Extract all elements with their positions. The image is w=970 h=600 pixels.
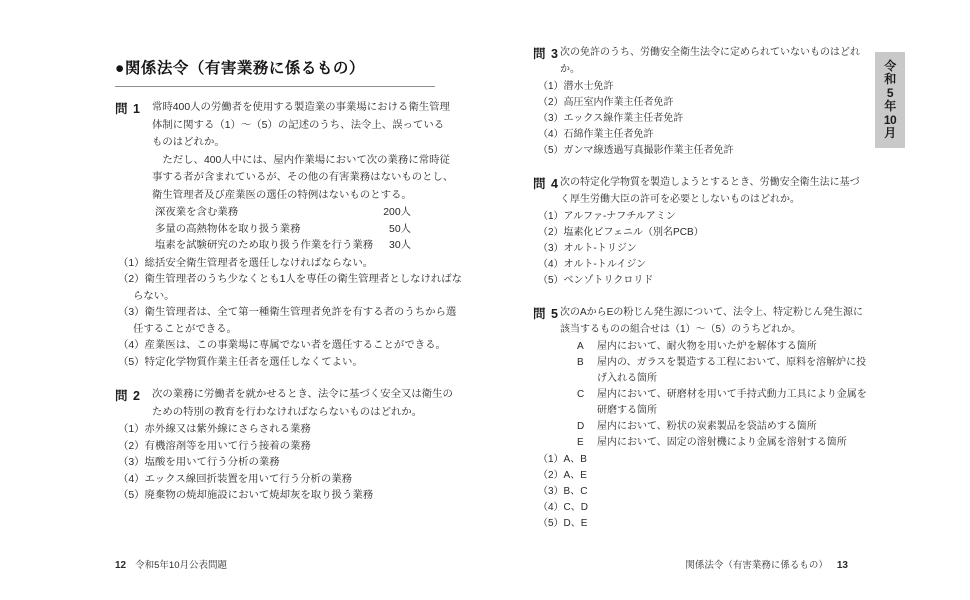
question-block-q1: 問 1常時400人の労働者を使用する製造業の事業場における衛生管理体制に関する（… — [115, 99, 467, 371]
table-row: 深夜業を含む業務200人 — [155, 205, 411, 222]
item-text: 屋内において、研磨材を用いて手持式動力工具により金属を研磨する箇所 — [597, 389, 867, 416]
worker-count: 30人 — [389, 238, 411, 255]
lettered-item-list: A屋内において、耐火物を用いた炉を解体する箇所B屋内の、ガラスを製造する工程にお… — [577, 339, 867, 451]
item-text: 屋内の、ガラスを製造する工程において、原料を溶解炉に投げ入れる箇所 — [597, 357, 866, 384]
question-statement: 常時400人の労働者を使用する製造業の事業場における衛生管理体制に関する（1）～… — [152, 99, 454, 152]
item-letter: D — [577, 419, 584, 435]
item-text: 屋内において、粉状の炭素製品を袋詰めする箇所 — [597, 421, 817, 432]
option-item: （2）衛生管理者のうち少なくとも1人を専任の衛生管理者としなければならない。 — [118, 272, 466, 305]
table-row: 多量の高熱物体を取り扱う業務50人 — [155, 222, 411, 239]
question-block-q4: 問 4次の特定化学物質を製造しようとするとき、労働安全衛生法に基づく厚生労働大臣… — [533, 174, 867, 289]
option-item: （1）A、B — [538, 452, 867, 468]
question-statement: 次のAからEの粉じん発生源について、法令上、特定粉じん発生源に該当するものの組合… — [560, 304, 864, 338]
option-item: （3）B、C — [538, 484, 867, 500]
question-number: 問 3 — [533, 44, 559, 62]
option-list: （1）赤外線又は紫外線にさらされる業務（2）有機溶剤等を用いて行う接着の業務（3… — [118, 422, 467, 505]
option-item: （3）エックス線作業主任者免許 — [538, 111, 867, 127]
option-item: （2）塩素化ビフェニル（別名PCB） — [538, 225, 867, 241]
item-letter: A — [577, 339, 584, 355]
page-number-left: 12 — [115, 560, 126, 571]
item-letter: B — [577, 355, 584, 371]
page-number-right: 13 — [837, 560, 848, 571]
work-description: 深夜業を含む業務 — [155, 205, 238, 222]
option-item: （1）総括安全衛生管理者を選任しなければならない。 — [118, 256, 466, 273]
option-item: （1）アルファ-ナフチルアミン — [538, 209, 867, 225]
question-body: 次の特定化学物質を製造しようとするとき、労働安全衛生法に基づく厚生労働大臣の許可… — [533, 174, 867, 289]
option-list: （1）総括安全衛生管理者を選任しなければならない。（2）衛生管理者のうち少なくと… — [118, 256, 467, 372]
left-page: ●関係法令（有害業務に係るもの） 問 1常時400人の労働者を使用する製造業の事… — [115, 56, 467, 505]
side-tab-char: 令 — [884, 60, 896, 74]
question-number: 問 1 — [115, 99, 141, 117]
lettered-item: C屋内において、研磨材を用いて手持式動力工具により金属を研磨する箇所 — [577, 387, 867, 419]
option-item: （3）塩酸を用いて行う分析の業務 — [118, 455, 466, 472]
side-tab-char: 10 — [884, 114, 896, 128]
item-text: 屋内において、耐火物を用いた炉を解体する箇所 — [597, 341, 817, 352]
side-tab-reiwa5-october: 令和5年10月 — [875, 52, 905, 148]
lettered-item: A屋内において、耐火物を用いた炉を解体する箇所 — [577, 339, 867, 355]
question-block-q2: 問 2次の業務に労働者を就かせるとき、法令に基づく安全又は衛生のための特別の教育… — [115, 386, 467, 505]
question-number: 問 5 — [533, 304, 559, 322]
option-item: （4）オルト-トルイジン — [538, 257, 867, 273]
question-body: 常時400人の労働者を使用する製造業の事業場における衛生管理体制に関する（1）～… — [115, 99, 467, 371]
side-tab-char: 月 — [884, 127, 896, 141]
item-letter: C — [577, 387, 584, 403]
footer-right-label: 関係法令（有害業務に係るもの） — [685, 560, 828, 571]
question-body: 次の免許のうち、労働安全衛生法令に定められていないものはどれか。（1）潜水士免許… — [533, 44, 867, 159]
option-item: （3）衛生管理者は、全て第一種衛生管理者免許を有する者のうちから選任することがで… — [118, 305, 466, 338]
option-list: （1）A、B（2）A、E（3）B、C（4）C、D（5）D、E — [538, 452, 867, 532]
footer-left: 12令和5年10月公表問題 — [115, 557, 227, 571]
option-item: （3）オルト-トリジン — [538, 241, 867, 257]
option-item: （5）D、E — [538, 516, 867, 532]
item-text: 屋内において、固定の溶射機により金属を溶射する箇所 — [597, 437, 847, 448]
option-item: （4）エックス線回折装置を用いて行う分析の業務 — [118, 472, 466, 489]
section-title: ●関係法令（有害業務に係るもの） — [115, 56, 467, 78]
question-body: 次のAからEの粉じん発生源について、法令上、特定粉じん発生源に該当するものの組合… — [533, 304, 867, 532]
item-letter: E — [577, 435, 584, 451]
question-statement: 次の免許のうち、労働安全衛生法令に定められていないものはどれか。 — [560, 44, 864, 78]
right-question-list: 問 3次の免許のうち、労働安全衛生法令に定められていないものはどれか。（1）潜水… — [533, 44, 867, 532]
question-block-q3: 問 3次の免許のうち、労働安全衛生法令に定められていないものはどれか。（1）潜水… — [533, 44, 867, 159]
work-description: 塩素を試験研究のため取り扱う作業を行う業務 — [155, 238, 373, 255]
option-list: （1）アルファ-ナフチルアミン（2）塩素化ビフェニル（別名PCB）（3）オルト-… — [538, 209, 867, 289]
option-item: （1）赤外線又は紫外線にさらされる業務 — [118, 422, 466, 439]
left-question-list: 問 1常時400人の労働者を使用する製造業の事業場における衛生管理体制に関する（… — [115, 99, 467, 505]
option-item: （5）ガンマ線透過写真撮影作業主任者免許 — [538, 143, 867, 159]
option-list: （1）潜水士免許（2）高圧室内作業主任者免許（3）エックス線作業主任者免許（4）… — [538, 79, 867, 159]
option-item: （5）廃棄物の焼却施設において焼却灰を取り扱う業務 — [118, 488, 466, 505]
question-block-q5: 問 5次のAからEの粉じん発生源について、法令上、特定粉じん発生源に該当するもの… — [533, 304, 867, 532]
title-rule — [115, 86, 435, 87]
option-item: （4）産業医は、この事業場に専属でない者を選任することができる。 — [118, 338, 466, 355]
question-statement: ただし、400人中には、屋内作業場において次の業務に常時従事する者が含まれている… — [152, 152, 454, 205]
question-statement: 次の業務に労働者を就かせるとき、法令に基づく安全又は衛生のための特別の教育を行わ… — [152, 386, 454, 421]
option-item: （2）高圧室内作業主任者免許 — [538, 95, 867, 111]
right-page: 問 3次の免許のうち、労働安全衛生法令に定められていないものはどれか。（1）潜水… — [533, 44, 867, 532]
workers-table: 深夜業を含む業務200人多量の高熱物体を取り扱う業務50人塩素を試験研究のため取… — [155, 205, 411, 255]
work-description: 多量の高熱物体を取り扱う業務 — [155, 222, 300, 239]
option-item: （4）石綿作業主任者免許 — [538, 127, 867, 143]
side-tab-char: 和 — [884, 73, 896, 87]
option-item: （5）特定化学物質作業主任者を選任しなくてよい。 — [118, 355, 466, 372]
lettered-item: D屋内において、粉状の炭素製品を袋詰めする箇所 — [577, 419, 867, 435]
lettered-item: B屋内の、ガラスを製造する工程において、原料を溶解炉に投げ入れる箇所 — [577, 355, 867, 387]
footer-right: 関係法令（有害業務に係るもの）13 — [685, 557, 848, 571]
option-item: （2）A、E — [538, 468, 867, 484]
question-number: 問 2 — [115, 386, 141, 404]
question-body: 次の業務に労働者を就かせるとき、法令に基づく安全又は衛生のための特別の教育を行わ… — [115, 386, 467, 505]
side-tab-char: 5 — [887, 87, 893, 101]
option-item: （4）C、D — [538, 500, 867, 516]
table-row: 塩素を試験研究のため取り扱う作業を行う業務30人 — [155, 238, 411, 255]
option-item: （2）有機溶剤等を用いて行う接着の業務 — [118, 439, 466, 456]
worker-count: 200人 — [383, 205, 411, 222]
question-number: 問 4 — [533, 174, 559, 192]
worker-count: 50人 — [389, 222, 411, 239]
lettered-item: E屋内において、固定の溶射機により金属を溶射する箇所 — [577, 435, 867, 451]
side-tab-char: 年 — [884, 100, 896, 114]
footer-left-label: 令和5年10月公表問題 — [135, 560, 227, 571]
option-item: （5）ベンゾトリクロリド — [538, 273, 867, 289]
question-statement: 次の特定化学物質を製造しようとするとき、労働安全衛生法に基づく厚生労働大臣の許可… — [560, 174, 864, 208]
option-item: （1）潜水士免許 — [538, 79, 867, 95]
